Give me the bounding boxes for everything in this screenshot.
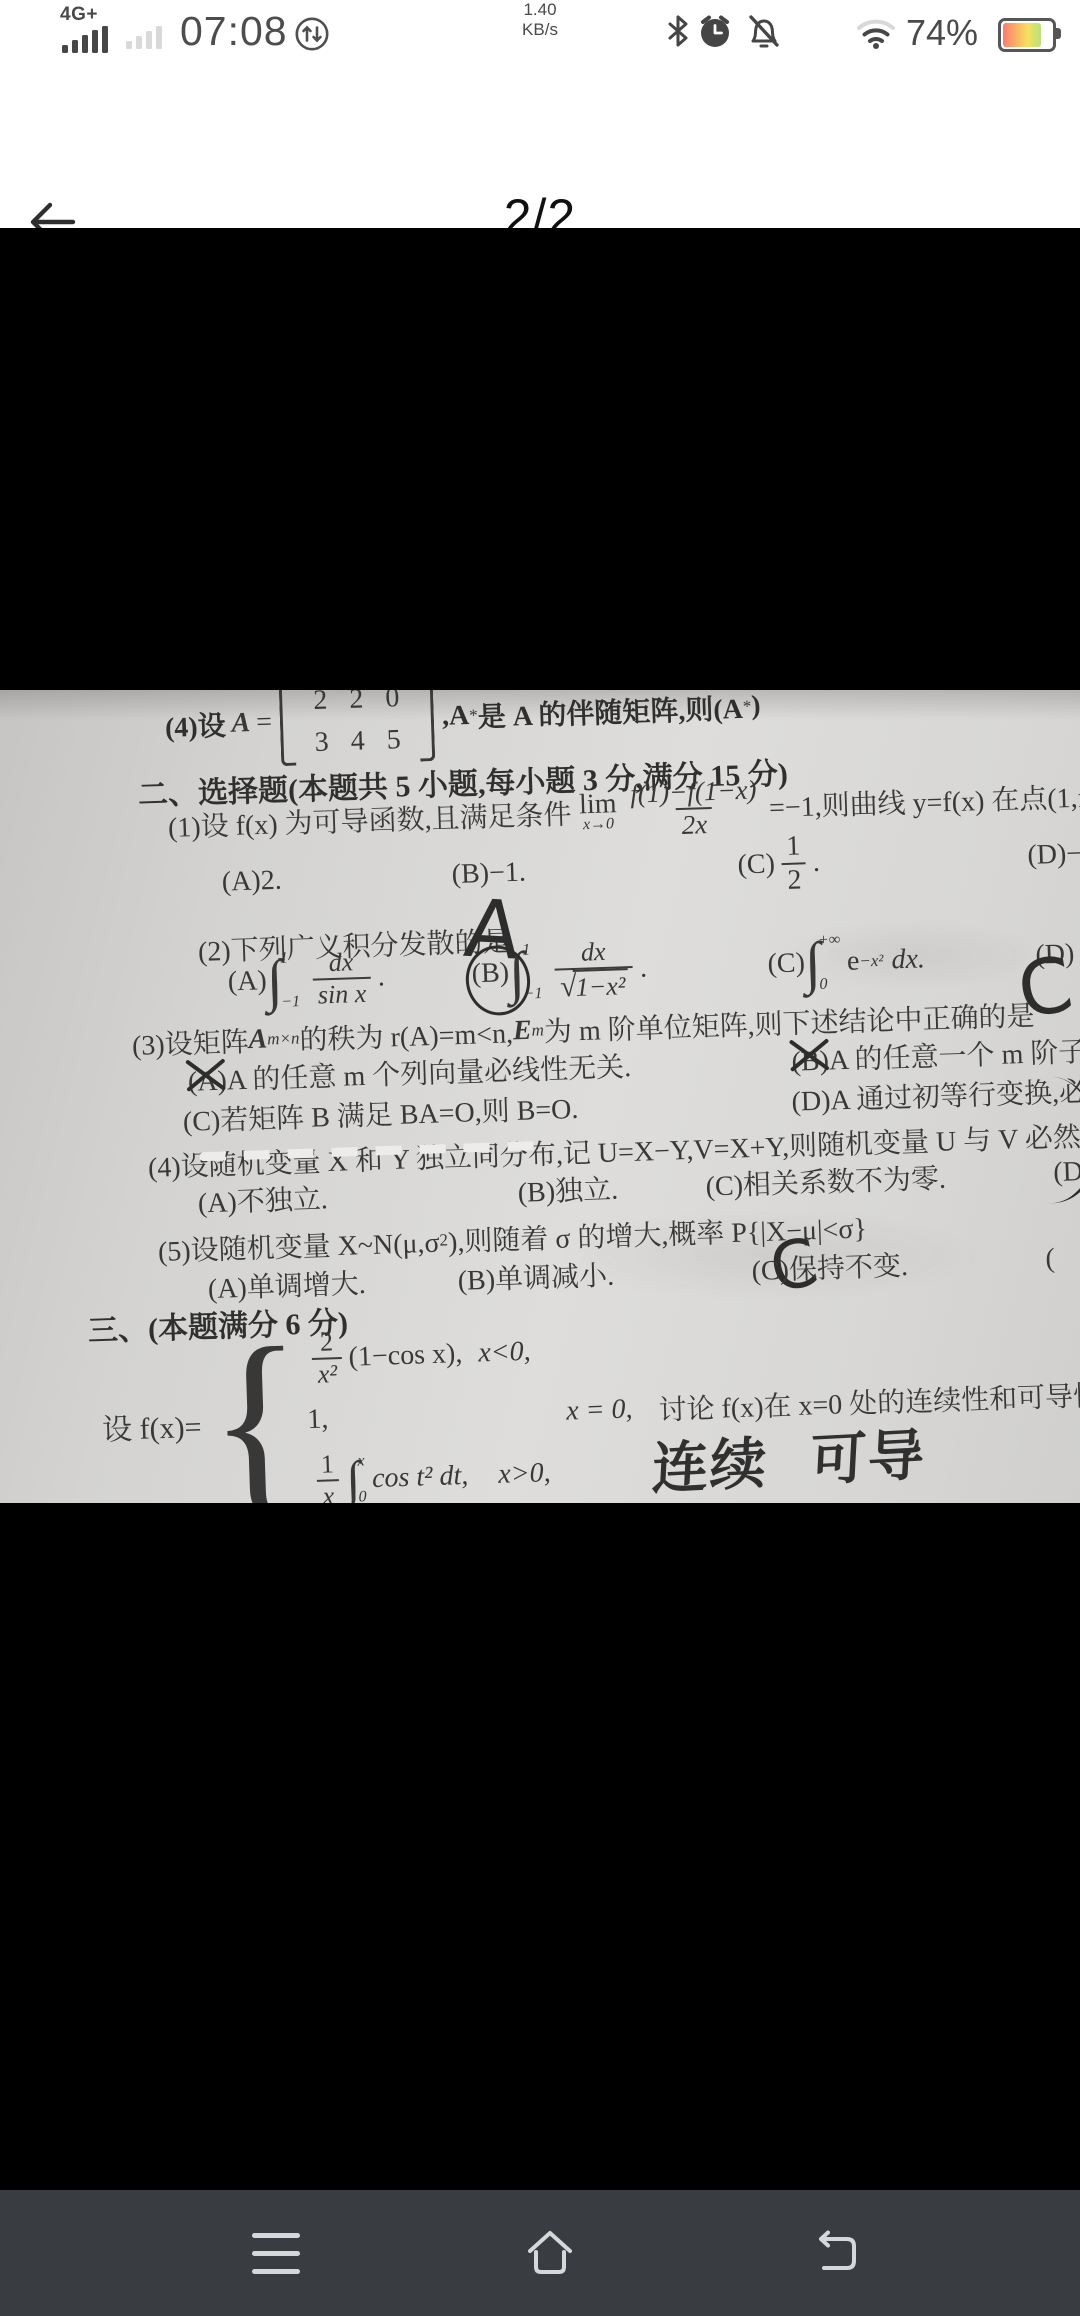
math-base: e: [846, 946, 859, 978]
stem-text: =−1,则曲线 y=f(x) 在点(1,f(1))处: [768, 773, 1080, 826]
case-condition: x>0,: [498, 1457, 551, 1491]
network-speed-value: 1.40: [523, 0, 556, 20]
subscript: m: [531, 1020, 544, 1040]
function-lead: 设 f(x)=: [101, 1401, 202, 1448]
fraction: dx sin x: [311, 947, 371, 1011]
upper-limit: +∞: [818, 932, 841, 949]
option-b: (B) ∫ 1 −1 dx √1−x² .: [470, 929, 648, 1015]
integral-limits: x 0: [357, 1453, 367, 1503]
fraction-numerator: f(1)−f(1−x): [625, 774, 762, 810]
piecewise-row-1: 2 x² (1−cos x), x<0,: [304, 1302, 1080, 1390]
fraction: 2 x²: [311, 1327, 342, 1390]
exam-content: (4)设 A = 2 2 0 3 4 5 ,A* 是 A 的伴随矩阵,则(A*): [0, 690, 1080, 1503]
signal-strength-icon: [62, 26, 108, 53]
fraction-denominator: x²: [312, 1357, 342, 1390]
fraction-numerator: dx: [576, 937, 612, 968]
option-d: (: [1045, 1237, 1056, 1281]
option-a: (A) ∫ 1 −1 dx sin x .: [227, 937, 387, 1022]
fraction-denominator: sin x: [312, 977, 371, 1011]
lower-limit: 0: [358, 1489, 367, 1503]
back-nav-icon: [811, 2230, 865, 2276]
equals-sign: =: [256, 706, 273, 739]
home-icon: [521, 2226, 579, 2280]
handwritten-notes: 连续 可导: [651, 1428, 928, 1499]
option-a-label: (A): [227, 965, 267, 998]
option-c: (C) ∫ +∞ 0 e−x² dx.: [766, 919, 926, 1004]
case-expression: (1−cos x),: [348, 1338, 463, 1374]
case-condition: x = 0,: [566, 1393, 633, 1427]
handwritten-word: 可导: [808, 1428, 927, 1490]
viewer-header: 2/2: [0, 64, 1080, 228]
network-speed-unit: KB/s: [522, 20, 558, 40]
curly-brace: {: [207, 1335, 307, 1503]
option-c: (C)保持不变.: [751, 1242, 909, 1291]
option-c: (C) 1 2 .: [736, 827, 821, 902]
option-d: (D)−: [1026, 818, 1080, 892]
battery-icon: [998, 18, 1056, 52]
fraction-denominator: √1−x²: [555, 966, 635, 1005]
question-tail: 讨论 f(x)在 x=0 处的连续性和可导性.: [658, 1373, 1080, 1428]
math-var: A: [231, 707, 251, 740]
fraction-numerator: 2: [314, 1327, 338, 1358]
matrix-cell: 2: [302, 690, 339, 717]
matrix-cell: 2: [338, 690, 375, 716]
data-sync-icon: [294, 16, 330, 57]
handwritten-cross: [787, 1032, 832, 1077]
integral-limits: +∞ 0: [818, 932, 842, 993]
matrix: 2 2 0 3 4 5: [279, 690, 436, 766]
period: .: [812, 847, 820, 879]
fraction-numerator: 1: [315, 1449, 339, 1480]
wifi-icon: [854, 16, 898, 55]
fraction: 1 2: [781, 830, 807, 897]
option-c-label: (C): [737, 848, 775, 881]
period: .: [377, 961, 385, 993]
exam-line-piecewise: 设 f(x)= { 2 x² (1−cos x), x<0, 1, x = 0,: [99, 1302, 1080, 1503]
option-b: (B)单调减小.: [457, 1252, 615, 1301]
matrix-cell: 0: [374, 690, 411, 715]
option-d: (D: [1053, 1150, 1080, 1195]
matrix-cell: 5: [375, 724, 412, 757]
exam-photo: (4)设 A = 2 2 0 3 4 5 ,A* 是 A 的伴随矩阵,则(A*): [0, 690, 1080, 1503]
menu-icon: [252, 2233, 300, 2274]
matrix-cell: 4: [339, 725, 376, 758]
upper-limit: x: [357, 1453, 366, 1469]
fraction: dx √1−x²: [554, 936, 635, 1005]
home-button[interactable]: [470, 2190, 630, 2316]
lim-subscript: x→0: [583, 816, 615, 833]
integral-limits: 1 −1: [280, 950, 301, 1011]
clock-time: 07:08: [180, 8, 288, 55]
matrix-cells: 2 2 0 3 4 5: [294, 690, 421, 766]
signal-strength-2-icon: [126, 26, 162, 49]
lower-limit: −1: [281, 994, 300, 1011]
q-label: (4)设: [164, 704, 226, 746]
limit: lim x→0: [579, 790, 618, 833]
fraction-numerator: 1: [781, 830, 806, 863]
fraction-denominator: x: [317, 1479, 340, 1503]
radicand: 1−x²: [573, 968, 629, 1002]
stem-text: ): [751, 690, 761, 722]
math-var: A: [248, 1024, 268, 1057]
handwritten-word: 连续: [651, 1436, 770, 1498]
network-type-label: 4G+: [60, 4, 98, 26]
top-chrome: 4G+ 07:08: [0, 0, 1080, 228]
period: .: [639, 953, 647, 985]
bluetooth-icon: [666, 14, 690, 53]
alarm-clock-icon: [696, 14, 734, 55]
battery-percent-label: 74%: [906, 12, 978, 54]
exponent: −x²: [859, 951, 884, 972]
photo-viewer[interactable]: (4)设 A = 2 2 0 3 4 5 ,A* 是 A 的伴随矩阵,则(A*): [0, 228, 1080, 2190]
fraction: 1 x: [315, 1449, 340, 1503]
upper-limit: 1: [522, 942, 541, 959]
case-condition: x<0,: [478, 1336, 531, 1370]
handwritten-cross: [183, 1052, 228, 1097]
status-bar: 4G+ 07:08: [0, 0, 1080, 64]
case-expression: cos t² dt,: [372, 1460, 469, 1495]
fraction-denominator: 2: [782, 862, 807, 897]
subscript: m×n: [267, 1028, 300, 1049]
option-a: (A)2.: [221, 845, 283, 919]
option-c: (C)相关系数不为零.: [705, 1155, 947, 1207]
matrix-bracket-right: [418, 690, 436, 762]
stem-text: 是 A 的伴随矩阵,则(A: [477, 690, 743, 736]
math-var: E: [512, 1015, 532, 1048]
menu-button[interactable]: [196, 2190, 356, 2316]
fraction-numerator: dx: [323, 947, 359, 978]
option-a: (A)不独立.: [197, 1175, 328, 1223]
integrand-tail: dx.: [891, 943, 925, 976]
lower-limit: 0: [819, 976, 842, 993]
matrix-cell: 3: [303, 726, 340, 759]
mute-bell-icon: [744, 12, 784, 57]
option-b: (B)独立.: [517, 1166, 619, 1213]
stem-text: ,A: [441, 700, 469, 733]
back-nav-button[interactable]: [758, 2190, 918, 2316]
case-expression: 1,: [307, 1403, 329, 1436]
upper-limit: 1: [280, 950, 299, 967]
option-c-label: (C): [767, 947, 805, 980]
navigation-bar: [0, 2190, 1080, 2316]
